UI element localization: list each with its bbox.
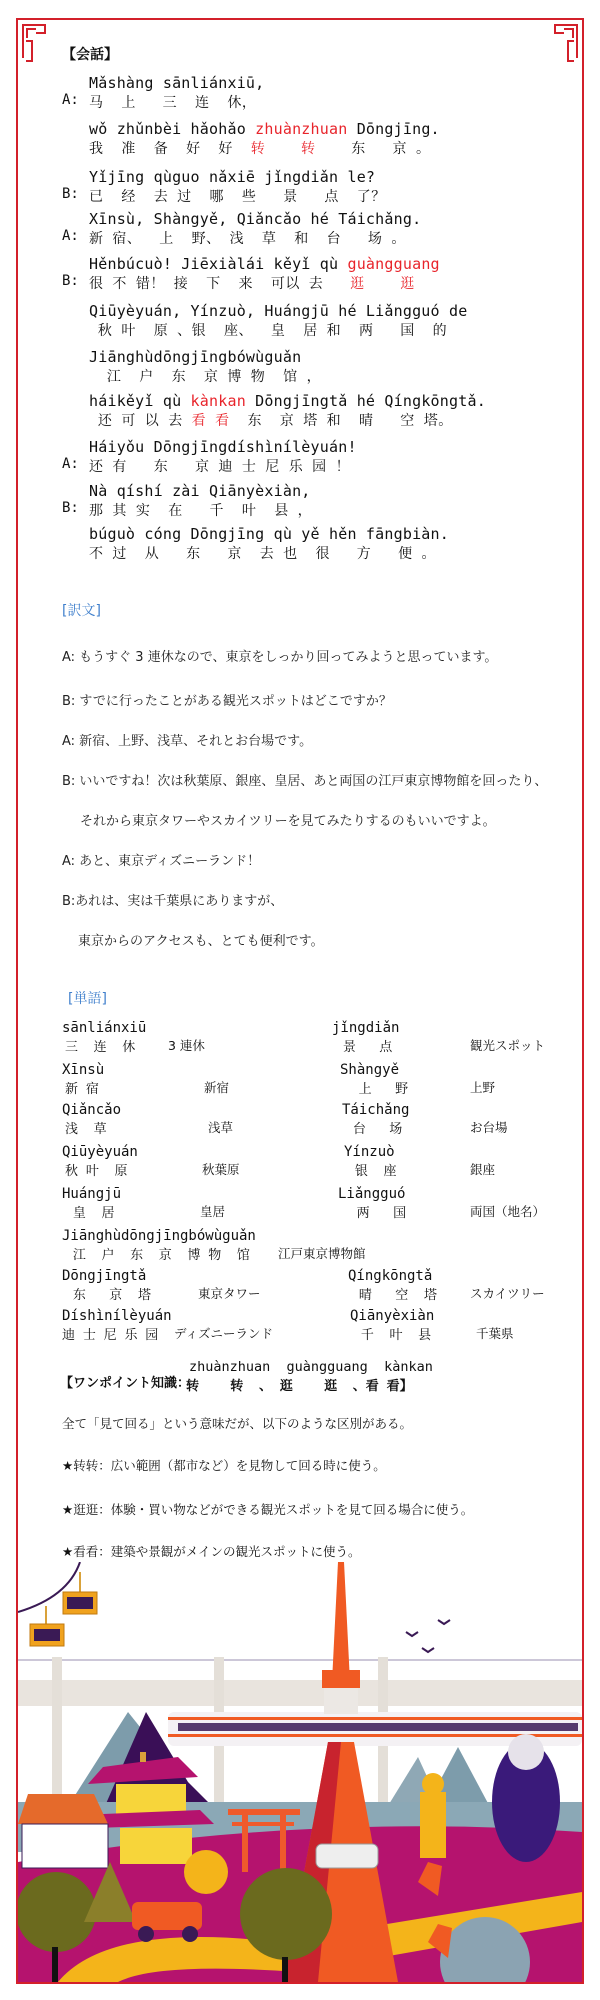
hanzi: 那 其 实 在 千 叶 县 ，	[89, 500, 312, 520]
vocabulary-heading: [単語]	[68, 988, 107, 1008]
one-point-item: ★逛逛：体験・買い物などができる観光スポットを見て回る場合に使う。	[62, 1500, 473, 1518]
speaker-label: A:	[62, 456, 79, 472]
translation-line: A: あと、東京ディズニーランド！	[62, 850, 260, 869]
translation-line: それから東京タワーやスカイツリーを見てみたりするのもいいですよ。	[80, 810, 496, 829]
conversation-heading: 【会話】	[62, 44, 118, 64]
frame-corner-ornament	[554, 18, 584, 60]
hanzi: 已 经 去 过 哪 些 景 点 了？	[89, 186, 386, 206]
pinyin: Xīnsù, Shàngyě, Qiǎncǎo hé Táichǎng.	[89, 210, 421, 228]
translation-line: A: 新宿、上野、浅草、それとお台場です。	[62, 730, 312, 749]
one-point-hanzi: 转 转 、 逛 逛 、看 看】	[186, 1375, 413, 1394]
pinyin: Yǐjīng qùguo nǎxiē jǐngdiǎn le?	[89, 168, 375, 186]
speaker-label: B:	[62, 500, 79, 516]
translation-line: B:あれは、実は千葉県にありますが、	[62, 890, 283, 909]
translation-line: A: もうすぐ 3 連休なので、東京をしっかり回ってみようと思っています。	[62, 646, 497, 665]
highlight-kankan: kànkan	[191, 392, 246, 410]
hanzi: 秋 叶 原 、银 座、 皇 居 和 两 国 的	[89, 320, 447, 340]
frame-corner-ornament	[16, 18, 46, 60]
kimono-girl-icon	[420, 1792, 446, 1858]
hanzi: 新 宿、 上 野、 浅 草 和 台 场 。	[89, 228, 406, 248]
one-point-intro: 全て「見て回る」という意味だが、以下のような区別がある。	[62, 1414, 412, 1432]
pinyin: wǒ zhǔnbèi hǎohǎo zhuànzhuan Dōngjīng.	[89, 120, 440, 138]
pinyin: háikěyǐ qù kànkan Dōngjīngtǎ hé Qíngkōng…	[89, 392, 486, 410]
hanzi: 还 可 以 去 看 看 东 京 塔 和 晴 空 塔。	[89, 410, 453, 430]
highlight-zhuanzhuan: zhuànzhuan	[255, 120, 347, 138]
car-icon	[132, 1902, 202, 1930]
tokyo-illustration	[18, 1562, 582, 1982]
pinyin: Jiānghùdōngjīngbówùguǎn	[89, 348, 301, 366]
house-icon	[18, 1794, 108, 1824]
sumo-wrestler-icon	[184, 1850, 228, 1894]
pinyin: Mǎshàng sānliánxiū,	[89, 74, 264, 92]
hanzi: 很 不 错！ 接 下 来 可以 去 逛 逛	[89, 273, 415, 293]
one-point-item: ★看看：建築や景観がメインの観光スポットに使う。	[62, 1542, 360, 1560]
pinyin: Háiyǒu Dōngjīngdíshìnílèyuán!	[89, 438, 357, 456]
hanzi: 还 有 东 京 迪 士 尼 乐 园 ！	[89, 456, 350, 476]
translation-line: B: すでに行ったことがある観光スポットはどこですか？	[62, 690, 392, 709]
hanzi: 马 上 三 连 休，	[89, 92, 256, 112]
pinyin: búguò cóng Dōngjīng qù yě hěn fāngbiàn.	[89, 525, 449, 543]
one-point-heading: 【ワンポイント知識：	[60, 1372, 190, 1391]
pinyin: Qiūyèyuán, Yínzuò, Huángjū hé Liǎngguó d…	[89, 302, 467, 320]
speaker-label: B:	[62, 273, 79, 289]
translation-heading: [訳文]	[62, 600, 101, 620]
hanzi: 我 准 备 好 好 转 转 东 京 。	[89, 138, 430, 158]
tree-icon	[240, 1868, 332, 1960]
hanzi: 不 过 从 东 京 去 也 很 方 便 。	[89, 543, 436, 563]
speaker-label: A:	[62, 228, 79, 244]
speaker-label: B:	[62, 186, 79, 202]
one-point-pinyin: zhuànzhuan guàngguang kànkan	[189, 1359, 433, 1375]
translation-line: B: いいですね！次は秋葉原、銀座、皇居、あと両国の江戸東京博物館を回ったり、	[62, 770, 547, 789]
highlight-guangguang: guàngguang	[347, 255, 439, 273]
translation-line: 東京からのアクセスも、とても便利です。	[78, 930, 324, 949]
pinyin: Nà qíshí zài Qiānyèxiàn,	[89, 482, 311, 500]
monorail-track	[18, 1680, 582, 1706]
hanzi: 江 户 东 京 博 物 馆 ，	[89, 366, 321, 386]
tree-icon	[18, 1872, 96, 1952]
speaker-label: A:	[62, 92, 79, 108]
one-point-item: ★转转：広い範囲（都市など）を見物して回る時に使う。	[62, 1456, 386, 1474]
pinyin: Hěnbúcuò! Jiēxiàlái kěyǐ qù guàngguang	[89, 255, 440, 273]
torii-gate-icon	[228, 1809, 300, 1815]
